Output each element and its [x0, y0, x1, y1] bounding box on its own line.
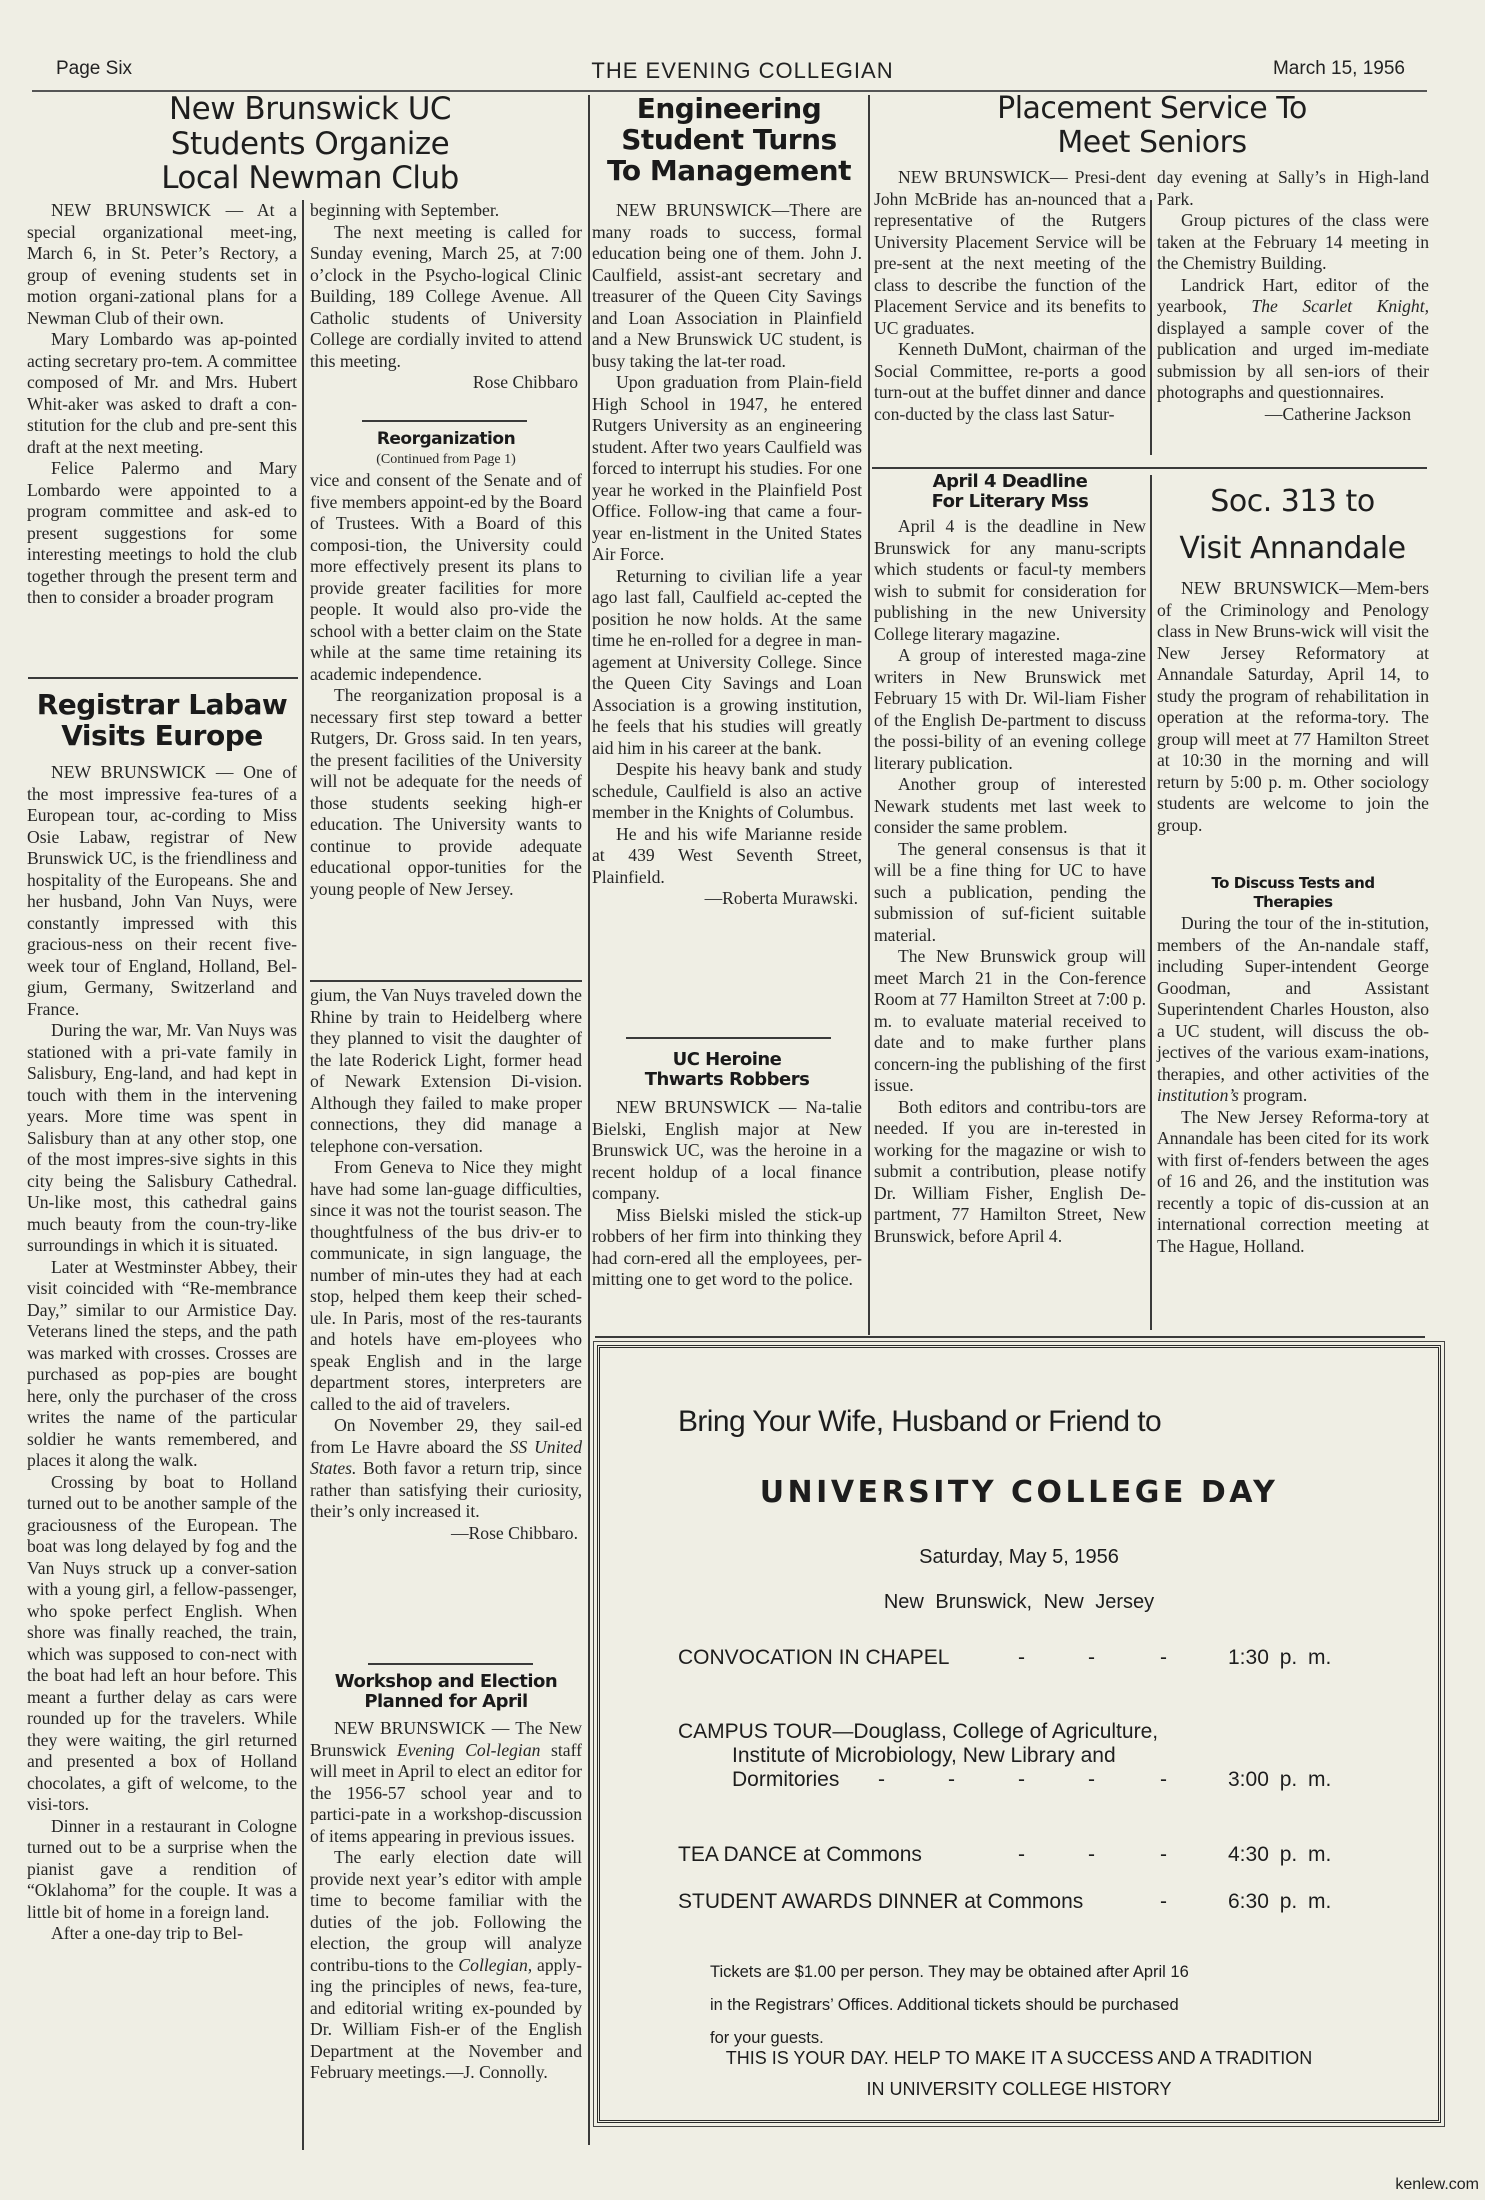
soc313-article-cont: During the tour of the in-stitution, mem…: [1157, 913, 1429, 1257]
engineering-article: NEW BRUNSWICK—There are many roads to su…: [592, 200, 862, 910]
headline-line: UC Heroine: [592, 1050, 862, 1070]
headline-line: Visits Europe: [27, 721, 297, 752]
event-name-line2: Institute of Microbiology, New Library a…: [732, 1744, 1116, 1768]
paragraph: Later at Westminster Abbey, their visit …: [27, 1257, 297, 1472]
headline-line: Thwarts Robbers: [592, 1070, 862, 1090]
headline-line: April 4 Deadline: [874, 472, 1146, 492]
paragraph: The New Jersey Reforma-tory at Annandale…: [1157, 1107, 1429, 1258]
paragraph: day evening at Sally’s in High-land Park…: [1157, 167, 1429, 210]
subhead-line: To Discuss Tests and: [1157, 874, 1429, 893]
ad-tagline: Bring Your Wife, Husband or Friend to: [678, 1405, 1161, 1439]
paragraph: The next meeting is called for Sunday ev…: [310, 222, 582, 373]
paragraph: Dinner in a restaurant in Cologne turned…: [27, 1816, 297, 1924]
headline-line: Local Newman Club: [40, 161, 580, 196]
paragraph: Crossing by boat to Holland turned out t…: [27, 1472, 297, 1816]
ticket-line: in the Registrars’ Offices. Additional t…: [710, 1989, 1189, 2022]
placement-headline: Placement Service To Meet Seniors: [872, 92, 1432, 159]
paragraph: vice and consent of the Senate and of fi…: [310, 470, 582, 685]
paragraph-text: program.: [1239, 1085, 1307, 1105]
column-divider: [1150, 200, 1152, 455]
leader-dash: -: [1018, 1768, 1025, 1792]
leader-dash: -: [1160, 1843, 1167, 1867]
paragraph: beginning with September.: [310, 200, 582, 222]
leader-dash: -: [948, 1768, 955, 1792]
headline-line: For Literary Mss: [874, 492, 1146, 512]
literary-headline: April 4 Deadline For Literary Mss: [874, 472, 1146, 512]
byline: Rose Chibbaro: [310, 372, 582, 394]
emphasis: institution’s: [1157, 1085, 1239, 1105]
leader-dash: -: [1160, 1768, 1167, 1792]
paragraph: gium, the Van Nuys traveled down the Rhi…: [310, 985, 582, 1157]
article-divider: [28, 677, 298, 679]
headline-line: Placement Service To: [872, 92, 1432, 126]
paragraph: NEW BRUNSWICK — Na-talie Bielski, Englis…: [592, 1097, 862, 1205]
paragraph: Kenneth DuMont, chairman of the Social C…: [874, 339, 1146, 425]
paragraph: NEW BRUNSWICK — One of the most impressi…: [27, 762, 297, 1020]
leader-dash: -: [1088, 1843, 1095, 1867]
paragraph: After a one-day trip to Bel-: [27, 1923, 297, 1945]
ad-closing-message: THIS IS YOUR DAY. HELP TO MAKE IT A SUCC…: [600, 2043, 1438, 2105]
heroine-headline: UC Heroine Thwarts Robbers: [592, 1050, 862, 1090]
closing-line: THIS IS YOUR DAY. HELP TO MAKE IT A SUCC…: [600, 2043, 1438, 2074]
soc313-headline: Soc. 313 to Visit Annandale: [1155, 478, 1430, 572]
labaw-article-col2: gium, the Van Nuys traveled down the Rhi…: [310, 985, 582, 1544]
event-time: 4:30 p. m.: [1228, 1843, 1331, 1867]
workshop-headline: Workshop and Election Planned for April: [310, 1672, 582, 1712]
newman-headline: New Brunswick UC Students Organize Local…: [40, 92, 580, 196]
headline-line: Engineering: [594, 94, 864, 125]
leader-dash: -: [1160, 1890, 1167, 1914]
event-time: 3:00 p. m.: [1228, 1768, 1331, 1792]
byline: —Catherine Jackson: [1157, 404, 1429, 426]
site-watermark: kenlew.com: [1395, 2176, 1479, 2194]
article-divider: [368, 1663, 533, 1665]
headline-line: Students Organize: [40, 127, 580, 162]
placement-article-col1: NEW BRUNSWICK— Presi-dent John McBride h…: [874, 167, 1146, 425]
event-name: TEA DANCE at Commons: [678, 1843, 922, 1867]
ad-date: Saturday, May 5, 1956: [600, 1546, 1438, 1569]
paragraph: NEW BRUNSWICK— Presi-dent John McBride h…: [874, 167, 1146, 339]
subhead-line: Therapies: [1157, 893, 1429, 912]
event-name: CONVOCATION IN CHAPEL: [678, 1646, 949, 1670]
article-divider: [872, 467, 1427, 469]
paragraph: NEW BRUNSWICK—Mem-bers of the Criminolog…: [1157, 578, 1429, 836]
leader-dash: -: [878, 1768, 885, 1792]
event-time: 1:30 p. m.: [1228, 1646, 1331, 1670]
yearbook-name: The Scarlet Knight,: [1251, 296, 1429, 316]
leader-dash: -: [1160, 1646, 1167, 1670]
continued-note: (Continued from Page 1): [310, 452, 582, 468]
paragraph: Mary Lombardo was ap-pointed acting secr…: [27, 329, 297, 458]
paragraph: During the war, Mr. Van Nuys was station…: [27, 1020, 297, 1257]
headline-line: Soc. 313 to: [1155, 478, 1430, 525]
headline-line: Meet Seniors: [872, 126, 1432, 160]
event-name-line3: Dormitories: [732, 1768, 839, 1792]
article-divider: [626, 1037, 831, 1039]
publication-name: Collegian,: [458, 1955, 532, 1975]
paragraph: Returning to civilian life a year ago la…: [592, 566, 862, 760]
event-name: CAMPUS TOUR—Douglass, College of Agricul…: [678, 1720, 1158, 1744]
issue-date: March 15, 1956: [1273, 58, 1405, 80]
placement-article-col2: day evening at Sally’s in High-land Park…: [1157, 167, 1429, 425]
newman-article-col2: beginning with September. The next meeti…: [310, 200, 582, 394]
soc313-subhead: To Discuss Tests and Therapies: [1157, 874, 1429, 912]
newspaper-page: Page Six THE EVENING COLLEGIAN March 15,…: [0, 0, 1485, 2200]
labaw-headline: Registrar Labaw Visits Europe: [27, 690, 297, 752]
byline: —Rose Chibbaro.: [310, 1523, 582, 1545]
paragraph: The general consensus is that it will be…: [874, 839, 1146, 947]
paragraph: Group pictures of the class were taken a…: [1157, 210, 1429, 275]
ad-location: New Brunswick, New Jersey: [600, 1591, 1438, 1614]
paragraph-text: displayed a sample cover of the publicat…: [1157, 318, 1429, 403]
column-divider: [302, 200, 304, 2150]
leader-dash: -: [1088, 1646, 1095, 1670]
university-college-day-ad: Bring Your Wife, Husband or Friend to UN…: [597, 1345, 1441, 2123]
paragraph: From Geneva to Nice they might have had …: [310, 1157, 582, 1415]
paragraph: Upon graduation from Plain-field High Sc…: [592, 372, 862, 566]
paragraph: Despite his heavy bank and study schedul…: [592, 759, 862, 824]
headline-line: Student Turns: [594, 125, 864, 156]
paragraph: Both editors and contribu-tors are neede…: [874, 1097, 1146, 1248]
labaw-article-col1: NEW BRUNSWICK — One of the most impressi…: [27, 762, 297, 1945]
headline-line: New Brunswick UC: [40, 92, 580, 127]
literary-article: April 4 is the deadline in New Brunswick…: [874, 516, 1146, 1247]
leader-dash: -: [1088, 1768, 1095, 1792]
closing-line: IN UNIVERSITY COLLEGE HISTORY: [600, 2074, 1438, 2105]
engineering-headline: Engineering Student Turns To Management: [594, 94, 864, 186]
paragraph: NEW BRUNSWICK—There are many roads to su…: [592, 200, 862, 372]
column-divider: [868, 95, 870, 1335]
paragraph: A group of interested maga-zine writers …: [874, 645, 1146, 774]
ad-title: UNIVERSITY COLLEGE DAY: [600, 1475, 1438, 1510]
column-divider: [588, 95, 590, 2145]
heroine-article: NEW BRUNSWICK — Na-talie Bielski, Englis…: [592, 1097, 862, 1291]
paragraph: The New Brunswick group will meet March …: [874, 946, 1146, 1097]
newspaper-title: THE EVENING COLLEGIAN: [0, 58, 1485, 84]
column-divider: [1150, 475, 1152, 1330]
event-name: STUDENT AWARDS DINNER at Commons: [678, 1890, 1083, 1914]
leader-dash: -: [1018, 1843, 1025, 1867]
reorganization-article: vice and consent of the Senate and of fi…: [310, 470, 582, 900]
paragraph: NEW BRUNSWICK — At a special organizatio…: [27, 200, 297, 329]
paragraph-text: During the tour of the in-stitution, mem…: [1157, 913, 1429, 1084]
soc313-article: NEW BRUNSWICK—Mem-bers of the Criminolog…: [1157, 578, 1429, 836]
headline-line: Visit Annandale: [1155, 525, 1430, 572]
reorganization-headline: Reorganization: [310, 430, 582, 449]
article-divider: [362, 420, 527, 422]
byline: —Roberta Murawski.: [592, 888, 862, 910]
paragraph: Another group of interested Newark stude…: [874, 774, 1146, 839]
ticket-info: Tickets are $1.00 per person. They may b…: [710, 1956, 1189, 2055]
headline-line: Workshop and Election: [310, 1672, 582, 1692]
paragraph: Miss Bielski misled the stick-up robbers…: [592, 1205, 862, 1291]
paragraph: Felice Palermo and Mary Lombardo were ap…: [27, 458, 297, 609]
paragraph: April 4 is the deadline in New Brunswick…: [874, 516, 1146, 645]
paragraph: The reorganization proposal is a necessa…: [310, 685, 582, 900]
article-divider: [310, 980, 582, 982]
leader-dash: -: [1018, 1646, 1025, 1670]
event-time: 6:30 p. m.: [1228, 1890, 1331, 1914]
workshop-article: NEW BRUNSWICK — The New Brunswick Evenin…: [310, 1718, 582, 2084]
publication-name: Evening Col-legian: [397, 1740, 541, 1760]
paragraph: He and his wife Marianne reside at 439 W…: [592, 824, 862, 889]
article-divider: [595, 1336, 1425, 1338]
ticket-line: Tickets are $1.00 per person. They may b…: [710, 1956, 1189, 1989]
newman-article-col1: NEW BRUNSWICK — At a special organizatio…: [27, 200, 297, 609]
headline-line: Registrar Labaw: [27, 690, 297, 721]
headline-line: To Management: [594, 156, 864, 187]
headline-line: Planned for April: [310, 1692, 582, 1712]
